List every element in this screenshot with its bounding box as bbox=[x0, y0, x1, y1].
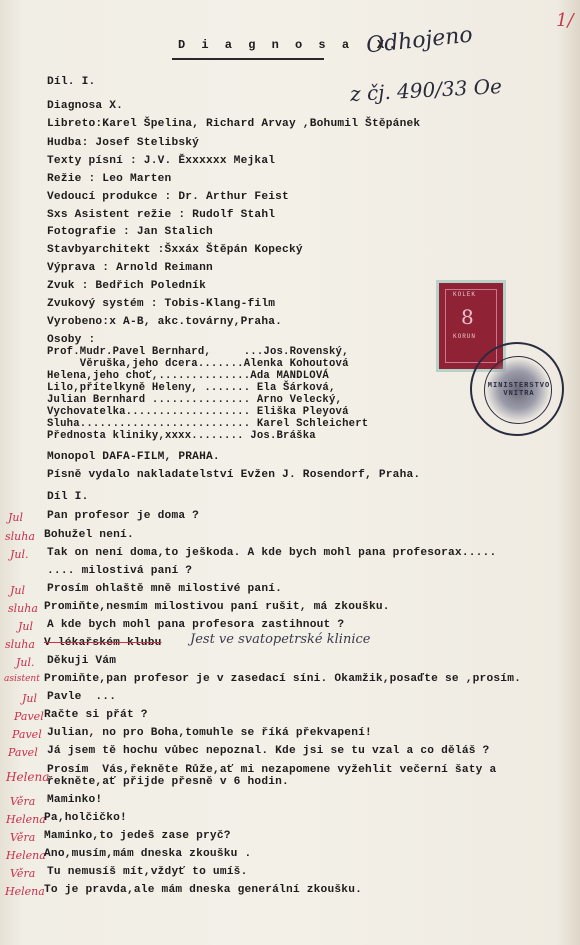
speaker-label: Helena bbox=[6, 849, 46, 862]
document-page: 1/ D i a g n o s a X. Odhojeno z čj. 490… bbox=[0, 0, 580, 945]
handwritten-note-reference: z čj. 490/33 Oe bbox=[349, 74, 502, 106]
credit-vyprava: Výprava : Arnold Reimann bbox=[47, 262, 213, 274]
dialogue-line: Julian, no pro Boha,tomuhle se říká přek… bbox=[47, 727, 372, 739]
dialogue-line: Račte si přát ? bbox=[44, 709, 148, 721]
speaker-label: Pavel bbox=[12, 728, 42, 741]
speaker-label: Věra bbox=[10, 795, 35, 808]
speaker-label: Helena bbox=[6, 770, 49, 784]
dialogue-line: Ano,musím,mám dneska zkoušku . bbox=[44, 848, 251, 860]
dialogue-line: .... milostivá paní ? bbox=[47, 565, 192, 577]
dialogue-line: Pa,holčičko! bbox=[44, 812, 127, 824]
speaker-label: Jul. bbox=[16, 656, 35, 669]
credit-hudba: Hudba: Josef Stelibský bbox=[47, 137, 199, 149]
speaker-label: Jul bbox=[22, 692, 37, 705]
speaker-label: Věra bbox=[10, 867, 35, 880]
credit-architekt: Stavbyarchitekt :Šxxáx Štěpán Kopecký bbox=[47, 244, 303, 256]
speaker-label: Pavel bbox=[14, 710, 44, 723]
credit-libreto: Libreto:Karel Špelina, Richard Arvay ,Bo… bbox=[47, 118, 420, 130]
speaker-label: Věra bbox=[10, 831, 35, 844]
cast-row: Sluha.......................... Karel Sc… bbox=[47, 418, 368, 430]
speaker-label: sluha bbox=[8, 602, 38, 615]
stamp-label-mid: KORUN bbox=[453, 333, 476, 340]
speaker-label: Pavel bbox=[8, 746, 38, 759]
cast-row: Přednosta kliniky,xxxx........ Jos.Brášk… bbox=[47, 430, 316, 442]
dialogue-line: Děkuji Vám bbox=[47, 655, 116, 667]
dialogue-line: Promiňte,pan profesor je v zasedací síni… bbox=[44, 673, 521, 685]
credit-fotografie: Fotografie : Jan Stalich bbox=[47, 226, 213, 238]
credit-asistent: Sxs Asistent režie : Rudolf Stahl bbox=[47, 209, 275, 221]
speaker-label: Jul bbox=[8, 511, 23, 524]
ministry-seal: MINISTERSTVO VNITRA bbox=[470, 342, 564, 436]
dialogue-line: Pan profesor je doma ? bbox=[47, 510, 199, 522]
credit-system: Zvukový systém : Tobis-Klang-film bbox=[47, 298, 275, 310]
dialogue-line: Tu nemusíš mít,vždyť to umíš. bbox=[47, 866, 248, 878]
part-label: Díl. I. bbox=[47, 76, 95, 88]
speaker-label: Jul bbox=[18, 620, 33, 633]
cast-row: Vychovatelka................... Eliška P… bbox=[47, 406, 349, 418]
cast-heading: Osoby : bbox=[47, 334, 95, 346]
film-title: Diagnosa X. bbox=[47, 100, 123, 112]
handwritten-correction: Jest ve svatopetrské klinice bbox=[190, 632, 370, 647]
distribution-monopol: Monopol DAFA-FILM, PRAHA. bbox=[47, 451, 220, 463]
cast-row: Prof.Mudr.Pavel Bernhard, ...Jos.Rovensk… bbox=[47, 346, 349, 358]
cast-row: Lilo,přítelkyně Heleny, ....... Ela Šárk… bbox=[47, 382, 336, 394]
script-part-label: Díl I. bbox=[47, 491, 88, 503]
speaker-label: sluha bbox=[5, 638, 35, 651]
cast-row: Věruška,jeho dcera.......Alenka Kohoutov… bbox=[47, 358, 349, 370]
speaker-label: sluha bbox=[5, 530, 35, 543]
dialogue-line: A kde bych mohl pana profesora zastihnou… bbox=[47, 619, 344, 631]
speaker-label: asistent bbox=[4, 674, 40, 684]
credit-rezie: Režie : Leo Marten bbox=[47, 173, 171, 185]
dialogue-line: To je pravda,ale mám dneska generální zk… bbox=[44, 884, 362, 896]
handwritten-note-odhojeno: Odhojeno bbox=[365, 22, 474, 58]
speaker-label: Jul bbox=[10, 584, 25, 597]
dialogue-line: Maminko,to jedeš zase pryč? bbox=[44, 830, 231, 842]
stamp-label-top: KOLEK bbox=[453, 291, 476, 298]
seal-text: MINISTERSTVO VNITRA bbox=[486, 382, 552, 398]
dialogue-line: Já jsem tě hochu vůbec nepoznal. Kde jsi… bbox=[47, 745, 489, 757]
dialogue-line: Prosím Vás,řekněte Růže,ať mi nezapomene… bbox=[47, 764, 496, 776]
dialogue-line: Tak on není doma,to ješkoda. A kde bych … bbox=[47, 547, 496, 559]
cast-row: Helena,jeho choť,..............Ada MANDL… bbox=[47, 370, 329, 382]
title-underline bbox=[172, 58, 324, 60]
dialogue-line: Promiňte,nesmím milostivou paní rušit, m… bbox=[44, 601, 390, 613]
dialogue-line-struck: V lékařském klubu bbox=[44, 637, 162, 649]
credit-texty: Texty písní : J.V. Ěxxxxxx Mejkal bbox=[47, 155, 275, 167]
stamp-value: 8 bbox=[461, 305, 474, 329]
credit-zvuk: Zvuk : Bedřich Poledník bbox=[47, 280, 206, 292]
cast-row: Julian Bernhard ............... Arno Vel… bbox=[47, 394, 342, 406]
speaker-label: Jul. bbox=[10, 548, 29, 561]
dialogue-line-continued: řekněte,ať přijde přesně v 6 hodin. bbox=[47, 776, 289, 788]
credit-vyrobeno: Vyrobeno:x A-B, akc.továrny,Praha. bbox=[47, 316, 282, 328]
page-number: 1/ bbox=[556, 10, 574, 31]
speaker-label: Helena bbox=[5, 885, 45, 898]
dialogue-line: Bohužel není. bbox=[44, 529, 134, 541]
credit-produkce: Vedoucí produkce : Dr. Arthur Feist bbox=[47, 191, 289, 203]
speaker-label: Helena bbox=[6, 813, 46, 826]
distribution-pisne: Písně vydalo nakladatelství Evžen J. Ros… bbox=[47, 469, 420, 481]
dialogue-line: Prosím ohlaště mně milostivé paní. bbox=[47, 583, 282, 595]
dialogue-line: Pavle ... bbox=[47, 691, 116, 703]
dialogue-line: Maminko! bbox=[47, 794, 102, 806]
